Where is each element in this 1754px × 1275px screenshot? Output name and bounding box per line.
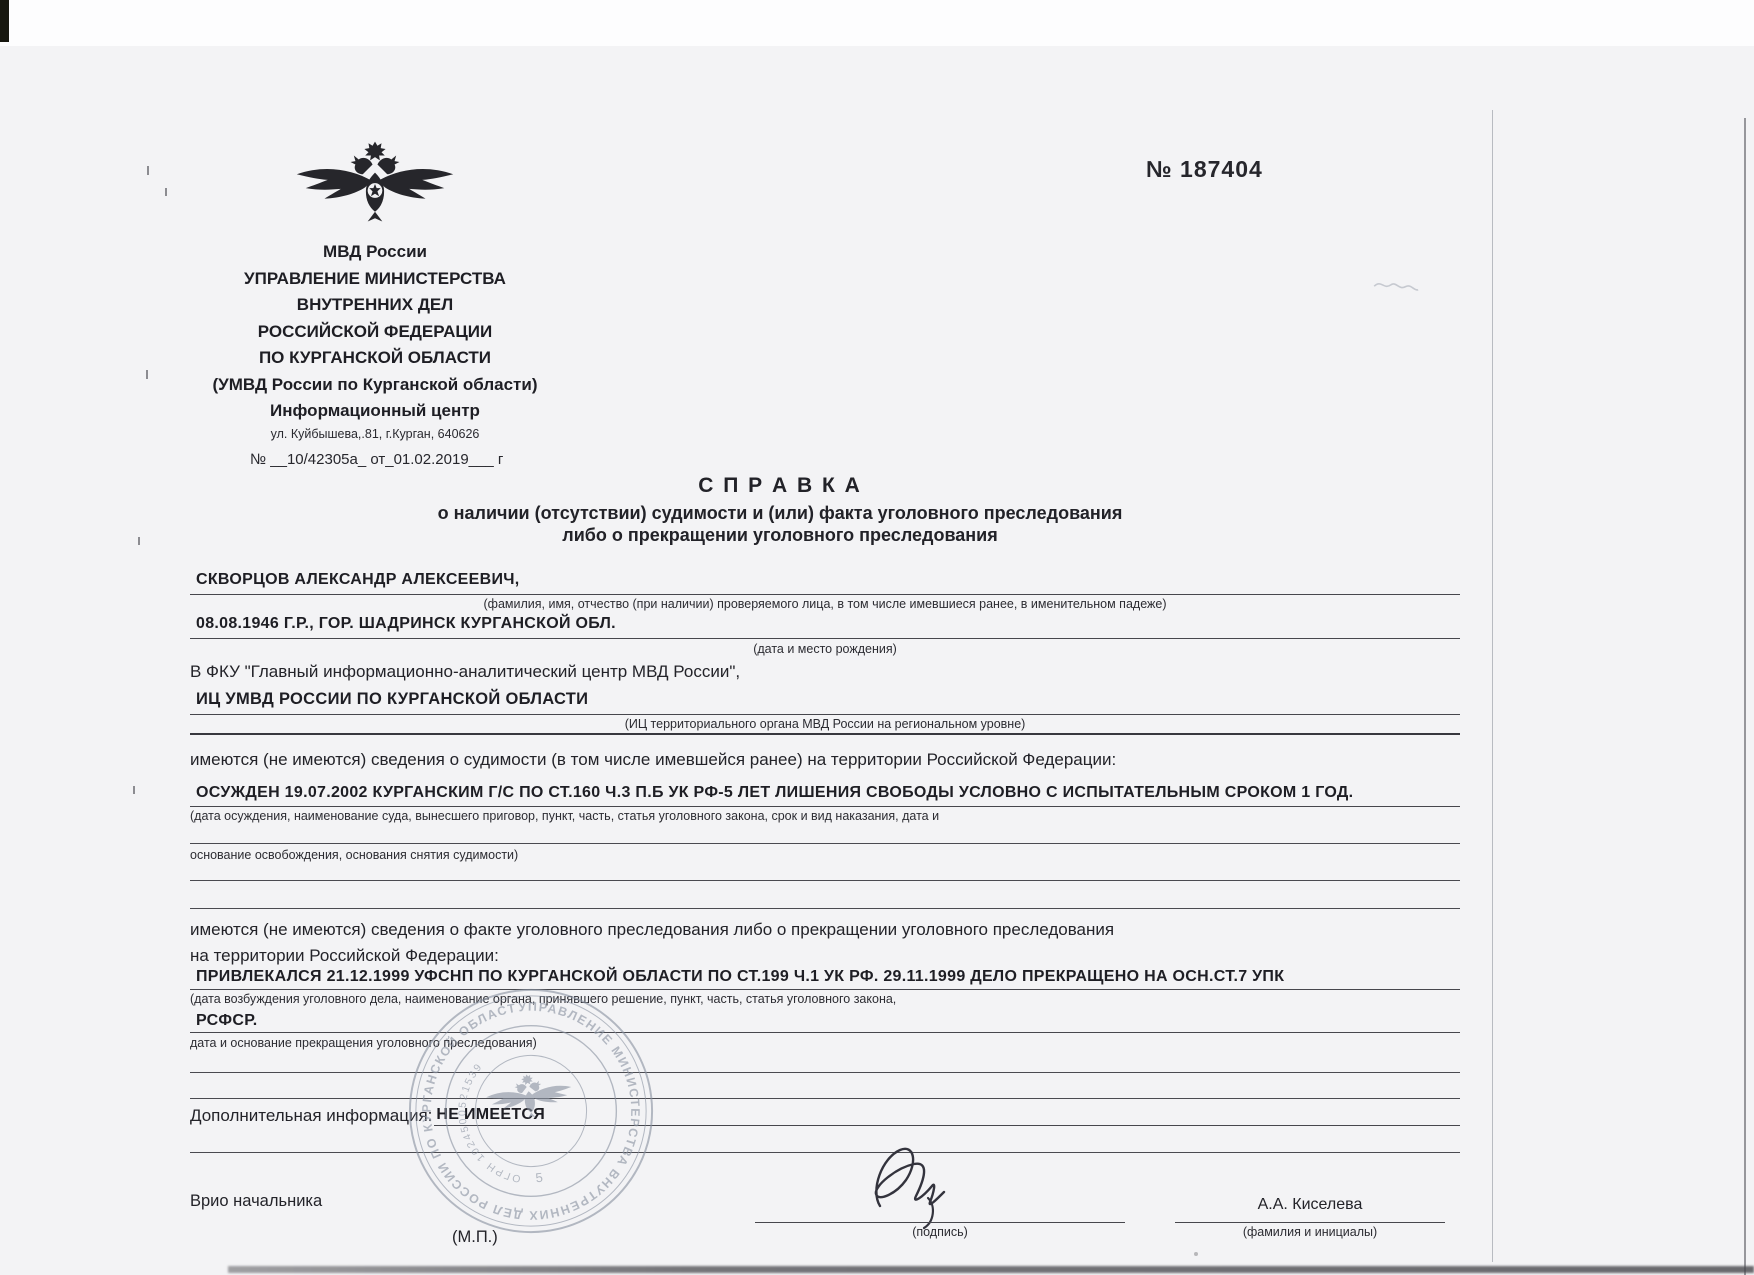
additional-info-row: Дополнительная информация: НЕ ИМЕЕТСЯ (190, 1106, 1460, 1126)
prosecution-field-2: РСФСР. (190, 1008, 1460, 1033)
scan-tick-mark (165, 188, 167, 196)
issuer-field: ИЦ УМВД РОССИИ ПО КУРГАНСКОЙ ОБЛАСТИ (190, 688, 1460, 715)
blank-line (190, 880, 1460, 881)
org-line: РОССИЙСКОЙ ФЕДЕРАЦИИ (190, 319, 560, 346)
birth-value: 08.08.1946 Г.Р., ГОР. ШАДРИНСК КУРГАНСКО… (190, 607, 1460, 633)
signer-name: А.А. Киселева (1175, 1196, 1445, 1214)
mvd-eagle-emblem-icon (293, 140, 457, 228)
signer-name-caption: (фамилия и инициалы) (1175, 1223, 1445, 1239)
letterhead: МВД России УПРАВЛЕНИЕ МИНИСТЕРСТВА ВНУТР… (190, 140, 560, 441)
blank-line (190, 1072, 1460, 1073)
signer-position: Врио начальника (190, 1192, 322, 1211)
conviction-caption-1: (дата осуждения, наименование суда, выне… (190, 809, 1460, 823)
birth-field: 08.08.1946 Г.Р., ГОР. ШАДРИНСК КУРГАНСКО… (190, 607, 1460, 639)
title-block: С П Р А В К А о наличии (отсутствии) суд… (190, 474, 1370, 546)
doc-subtitle-2: либо о прекращении уголовного преследова… (190, 525, 1370, 546)
doc-subtitle-1: о наличии (отсутствии) судимости и (или)… (190, 503, 1370, 524)
signature-caption: (подпись) (755, 1223, 1125, 1239)
scan-speck (1194, 1252, 1198, 1256)
pencil-mark (1372, 278, 1420, 300)
stamp-center-number: 5 (535, 1170, 544, 1186)
doc-title: С П Р А В К А (190, 474, 1370, 498)
org-line: УПРАВЛЕНИЕ МИНИСТЕРСТВА (190, 266, 560, 293)
scan-top-strip (0, 0, 1754, 46)
prosecution-intro-1: имеются (не имеются) сведения о факте уг… (190, 920, 1460, 940)
scan-tick-mark (133, 786, 135, 794)
scan-tick-mark (146, 370, 148, 379)
blank-line (190, 908, 1460, 909)
scan-tick-mark (138, 537, 140, 545)
blank-line (190, 1152, 1460, 1153)
blank-line (190, 1098, 1460, 1099)
signer-name-line: (фамилия и инициалы) (1175, 1222, 1445, 1239)
prosecution-caption-2: дата и основание прекращения уголовного … (190, 1036, 1460, 1050)
stamp-eagle-icon (484, 1069, 574, 1123)
birth-caption: (дата и место рождения) (190, 642, 1460, 656)
stamp-place-label: (М.П.) (452, 1228, 498, 1247)
page-right-edge-shadow (1744, 118, 1746, 1275)
issuer-line-1: В ФКУ "Главный информационно-аналитическ… (190, 662, 1460, 682)
person-name-field: СКВОРЦОВ АЛЕКСАНДР АЛЕКСЕЕВИЧ, (190, 563, 1460, 595)
official-round-stamp: УПРАВЛЕНИЕ МИНИСТЕРСТВА ВНУТРЕННИХ ДЕЛ Р… (387, 967, 675, 1255)
blank-line (190, 733, 1460, 735)
scan-tick-mark (147, 166, 149, 175)
conviction-value: ОСУЖДЕН 19.07.2002 КУРГАНСКИМ Г/С ПО СТ.… (190, 777, 1460, 802)
prosecution-value: ПРИВЛЕКАЛСЯ 21.12.1999 УФСНП ПО КУРГАНСК… (190, 961, 1460, 986)
org-line: ВНУТРЕННИХ ДЕЛ (190, 292, 560, 319)
signature-line: (подпись) (755, 1222, 1125, 1239)
org-line: Информационный центр (190, 398, 560, 425)
person-name-value: СКВОРЦОВ АЛЕКСАНДР АЛЕКСЕЕВИЧ, (190, 563, 1460, 589)
certificate-number: № 187404 (1146, 156, 1263, 183)
org-line: МВД России (190, 239, 560, 266)
reference-number: № __10/42305а_ от_01.02.2019___ г (250, 451, 503, 468)
page-fold-line (1492, 110, 1493, 1262)
org-address: ул. Куйбышева,.81, г.Курган, 640626 (190, 427, 560, 441)
page-bottom-edge-shadow (228, 1266, 1754, 1273)
conviction-intro: имеются (не имеются) сведения о судимост… (190, 750, 1460, 770)
org-line: (УМВД России по Курганской области) (190, 372, 560, 399)
prosecution-value-2: РСФСР. (190, 1008, 1460, 1030)
prosecution-field: ПРИВЛЕКАЛСЯ 21.12.1999 УФСНП ПО КУРГАНСК… (190, 961, 1460, 990)
handwritten-signature (862, 1140, 1012, 1230)
conviction-field: ОСУЖДЕН 19.07.2002 КУРГАНСКИМ Г/С ПО СТ.… (190, 777, 1460, 807)
issuer-caption: (ИЦ территориального органа МВД России н… (190, 717, 1460, 731)
conviction-caption-2: основание освобождения, основания снятия… (190, 848, 1460, 862)
additional-info-label: Дополнительная информация: (190, 1106, 432, 1126)
scan-corner-mark (0, 0, 9, 42)
org-line: ПО КУРГАНСКОЙ ОБЛАСТИ (190, 345, 560, 372)
prosecution-caption-1: (дата возбуждения уголовного дела, наиме… (190, 992, 1460, 1006)
issuer-line-2: ИЦ УМВД РОССИИ ПО КУРГАНСКОЙ ОБЛАСТИ (190, 688, 1460, 709)
blank-line (190, 843, 1460, 844)
